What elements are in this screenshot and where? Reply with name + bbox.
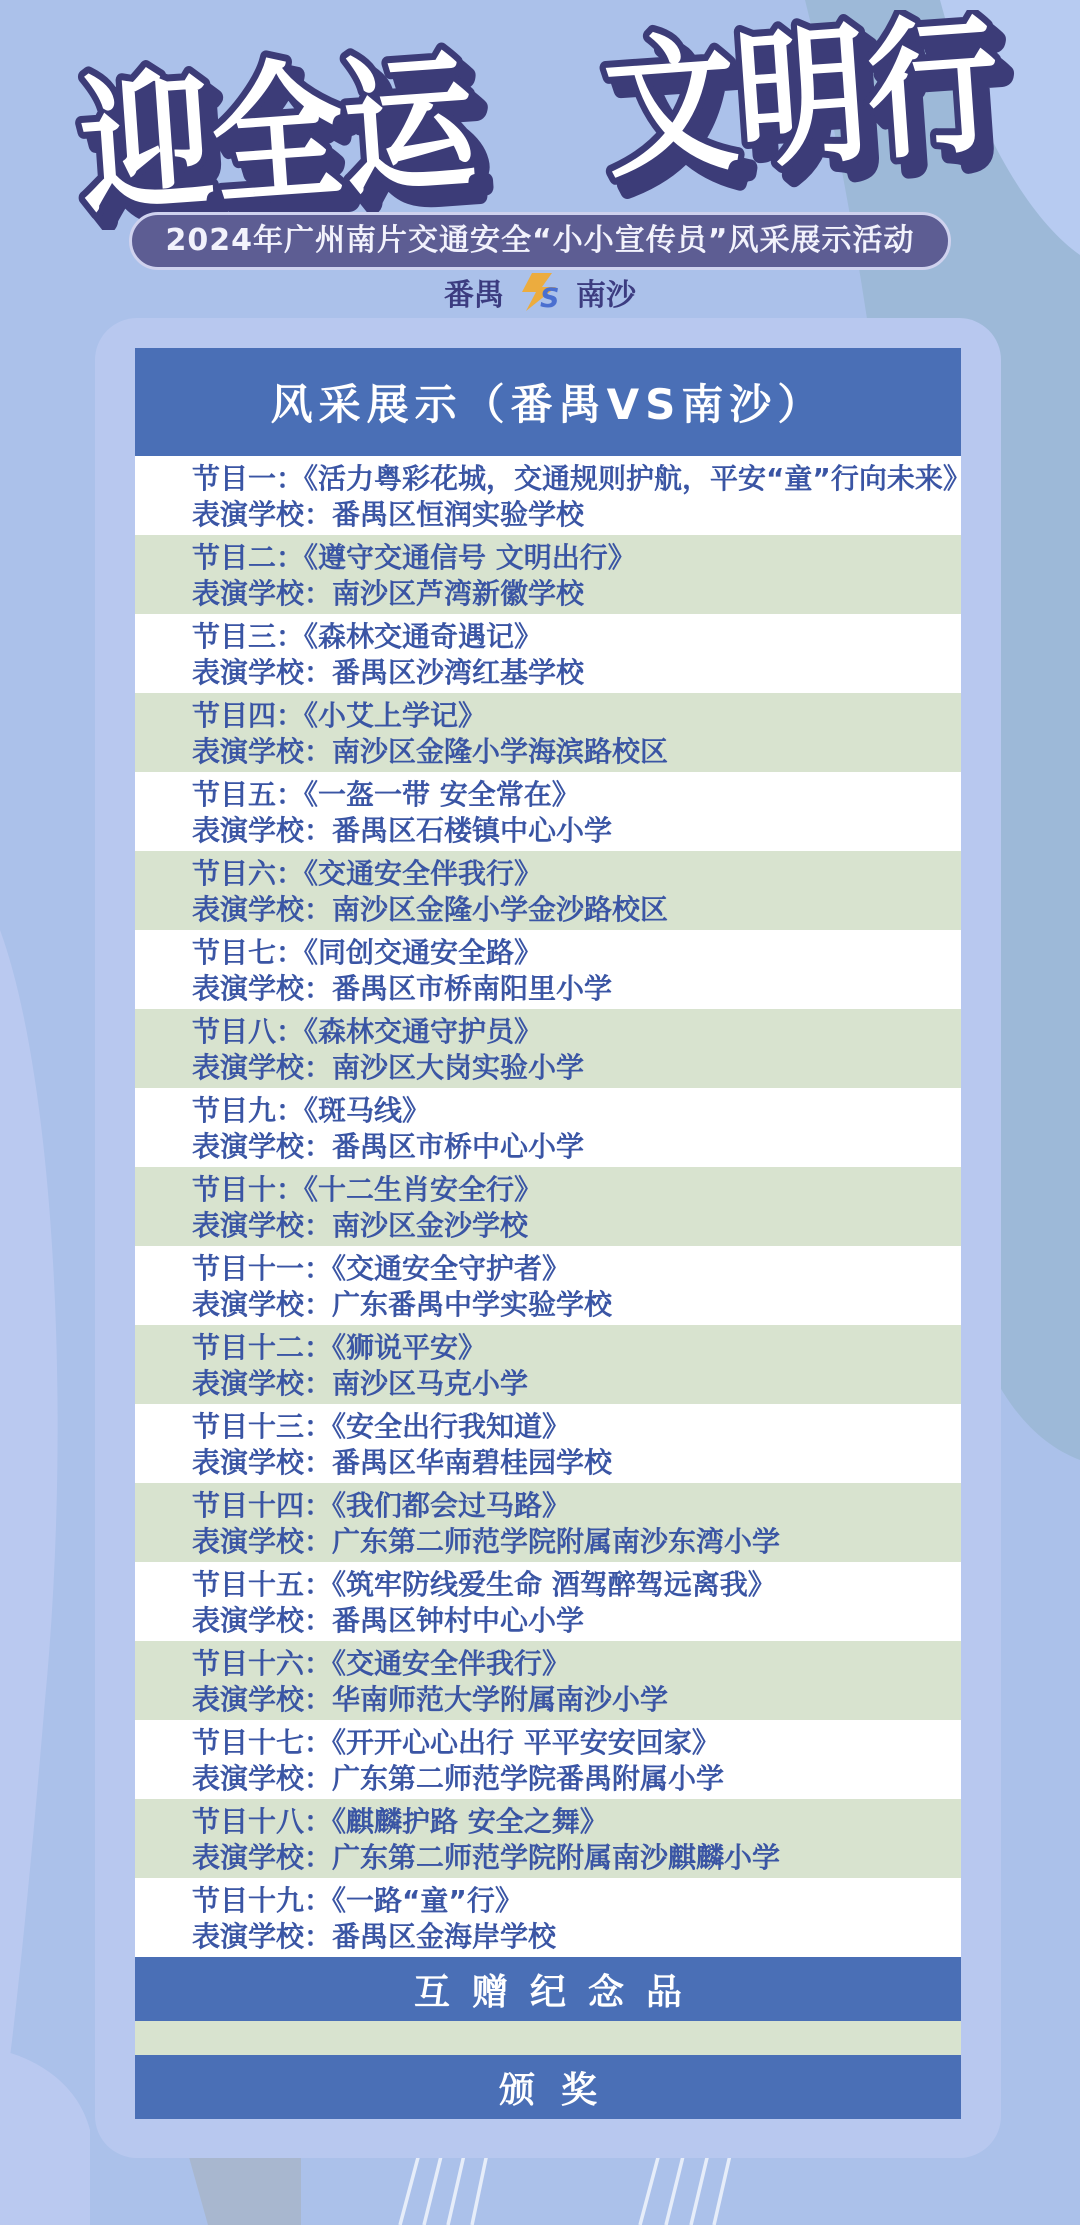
school-name: 番禺区钟村中心小学 [332, 1604, 584, 1637]
program-title: 《我们都会过马路》 [332, 1489, 570, 1522]
program-row: 节目九：《斑马线》 表演学校：番禺区市桥中心小学 [135, 1088, 961, 1167]
program-title-line: 节目十二：《狮说平安》 [192, 1330, 941, 1366]
program-title: 《森林交通守护员》 [304, 1015, 542, 1048]
divider-band [135, 2021, 961, 2055]
souvenir-exchange-bar: 互赠纪念品 [135, 1957, 961, 2021]
program-row: 节目八：《森林交通守护员》 表演学校：南沙区大岗实验小学 [135, 1009, 961, 1088]
program-row: 节目六：《交通安全伴我行》 表演学校：南沙区金隆小学金沙路校区 [135, 851, 961, 930]
school-name: 广东第二师范学院附属南沙麒麟小学 [332, 1841, 780, 1874]
program-row: 节目十二：《狮说平安》 表演学校：南沙区马克小学 [135, 1325, 961, 1404]
school-label: 表演学校： [192, 1604, 332, 1637]
program-title: 《麒麟护路 安全之舞》 [332, 1805, 608, 1838]
program-school-line: 表演学校：南沙区金沙学校 [192, 1208, 941, 1244]
program-title-line: 节目七：《同创交通安全路》 [192, 935, 941, 971]
school-label: 表演学校： [192, 814, 332, 847]
program-title: 《遵守交通信号 文明出行》 [304, 541, 636, 574]
program-school-line: 表演学校：广东第二师范学院附属南沙麒麟小学 [192, 1840, 941, 1876]
school-name: 南沙区金隆小学金沙路校区 [332, 893, 668, 926]
program-title: 《交通安全伴我行》 [304, 857, 542, 890]
program-row: 节目十九：《一路“童”行》 表演学校：番禺区金海岸学校 [135, 1878, 961, 1957]
program-number-label: 节目十九： [192, 1884, 332, 1917]
program-number-label: 节目九： [192, 1094, 304, 1127]
program-title-line: 节目十三：《安全出行我知道》 [192, 1409, 941, 1445]
school-name: 番禺区金海岸学校 [332, 1920, 556, 1953]
program-list: 节目一：《活力粤彩花城，交通规则护航，平安“童”行向未来》 表演学校：番禺区恒润… [135, 456, 961, 1957]
vs-lightning-icon: S [516, 272, 564, 312]
program-number-label: 节目八： [192, 1015, 304, 1048]
school-label: 表演学校： [192, 1209, 332, 1242]
school-label: 表演学校： [192, 1367, 332, 1400]
program-row: 节目十七：《开开心心出行 平平安安回家》 表演学校：广东第二师范学院番禺附属小学 [135, 1720, 961, 1799]
school-label: 表演学校： [192, 498, 332, 531]
school-name: 广东第二师范学院番禺附属小学 [332, 1762, 724, 1795]
subtitle-text: 2024年广州南片交通安全“小小宣传员”风采展示活动 [129, 212, 952, 270]
school-label: 表演学校： [192, 1525, 332, 1558]
program-row: 节目十六：《交通安全伴我行》 表演学校：华南师范大学附属南沙小学 [135, 1641, 961, 1720]
school-name: 番禺区石楼镇中心小学 [332, 814, 612, 847]
program-number-label: 节目十八： [192, 1805, 332, 1838]
program-number-label: 节目四： [192, 699, 304, 732]
program-school-line: 表演学校：番禺区金海岸学校 [192, 1919, 941, 1955]
program-title: 《交通安全伴我行》 [332, 1647, 570, 1680]
program-title-line: 节目一：《活力粤彩花城，交通规则护航，平安“童”行向未来》 [192, 461, 941, 497]
school-label: 表演学校： [192, 1683, 332, 1716]
school-label: 表演学校： [192, 1841, 332, 1874]
program-row: 节目三：《森林交通奇遇记》 表演学校：番禺区沙湾红基学校 [135, 614, 961, 693]
program-row: 节目二：《遵守交通信号 文明出行》 表演学校：南沙区芦湾新徽学校 [135, 535, 961, 614]
school-name: 番禺区市桥南阳里小学 [332, 972, 612, 1005]
program-school-line: 表演学校：南沙区马克小学 [192, 1366, 941, 1402]
program-title: 《斑马线》 [304, 1094, 430, 1127]
program-row: 节目十四：《我们都会过马路》 表演学校：广东第二师范学院附属南沙东湾小学 [135, 1483, 961, 1562]
program-board-card: 风采展示（番禺VS南沙） 节目一：《活力粤彩花城，交通规则护航，平安“童”行向未… [95, 318, 1001, 2158]
program-school-line: 表演学校：广东第二师范学院番禺附属小学 [192, 1761, 941, 1797]
school-name: 南沙区金沙学校 [332, 1209, 528, 1242]
program-row: 节目十三：《安全出行我知道》 表演学校：番禺区华南碧桂园学校 [135, 1404, 961, 1483]
school-label: 表演学校： [192, 1051, 332, 1084]
program-title: 《狮说平安》 [332, 1331, 486, 1364]
board-header: 风采展示（番禺VS南沙） [135, 348, 961, 456]
school-name: 番禺区市桥中心小学 [332, 1130, 584, 1163]
program-row: 节目五：《一盔一带 安全常在》 表演学校：番禺区石楼镇中心小学 [135, 772, 961, 851]
program-title: 《森林交通奇遇记》 [304, 620, 542, 653]
program-number-label: 节目一： [192, 462, 304, 495]
program-number-label: 节目十二： [192, 1331, 332, 1364]
school-name: 华南师范大学附属南沙小学 [332, 1683, 668, 1716]
school-name: 南沙区大岗实验小学 [332, 1051, 584, 1084]
program-title: 《一盔一带 安全常在》 [304, 778, 580, 811]
program-title: 《开开心心出行 平平安安回家》 [332, 1726, 720, 1759]
program-school-line: 表演学校：番禺区市桥中心小学 [192, 1129, 941, 1165]
program-school-line: 表演学校：番禺区钟村中心小学 [192, 1603, 941, 1639]
program-board: 风采展示（番禺VS南沙） 节目一：《活力粤彩花城，交通规则护航，平安“童”行向未… [135, 348, 961, 2119]
school-label: 表演学校： [192, 1288, 332, 1321]
program-title-line: 节目十八：《麒麟护路 安全之舞》 [192, 1804, 941, 1840]
program-school-line: 表演学校：广东第二师范学院附属南沙东湾小学 [192, 1524, 941, 1560]
program-row: 节目四：《小艾上学记》 表演学校：南沙区金隆小学海滨路校区 [135, 693, 961, 772]
school-name: 番禺区沙湾红基学校 [332, 656, 584, 689]
program-title-line: 节目十六：《交通安全伴我行》 [192, 1646, 941, 1682]
program-title-line: 节目三：《森林交通奇遇记》 [192, 619, 941, 655]
school-name: 广东第二师范学院附属南沙东湾小学 [332, 1525, 780, 1558]
school-label: 表演学校： [192, 1130, 332, 1163]
left-light-band-shape [0, 930, 58, 2130]
program-title-line: 节目十四：《我们都会过马路》 [192, 1488, 941, 1524]
program-number-label: 节目十： [192, 1173, 304, 1206]
program-school-line: 表演学校：南沙区芦湾新徽学校 [192, 576, 941, 612]
program-number-label: 节目七： [192, 936, 304, 969]
program-number-label: 节目十五： [192, 1568, 332, 1601]
school-name: 南沙区金隆小学海滨路校区 [332, 735, 668, 768]
program-school-line: 表演学校：番禺区石楼镇中心小学 [192, 813, 941, 849]
school-label: 表演学校： [192, 735, 332, 768]
program-title-line: 节目八：《森林交通守护员》 [192, 1014, 941, 1050]
program-number-label: 节目三： [192, 620, 304, 653]
program-school-line: 表演学校：番禺区沙湾红基学校 [192, 655, 941, 691]
school-label: 表演学校： [192, 1762, 332, 1795]
versus-left-label: 番禺 [444, 270, 504, 314]
program-number-label: 节目二： [192, 541, 304, 574]
program-school-line: 表演学校：广东番禺中学实验学校 [192, 1287, 941, 1323]
school-label: 表演学校： [192, 893, 332, 926]
versus-right-label: 南沙 [576, 270, 636, 314]
program-row: 节目七：《同创交通安全路》 表演学校：番禺区市桥南阳里小学 [135, 930, 961, 1009]
program-title: 《交通安全守护者》 [332, 1252, 570, 1285]
school-name: 番禺区恒润实验学校 [332, 498, 584, 531]
school-label: 表演学校： [192, 656, 332, 689]
program-title: 《活力粤彩花城，交通规则护航，平安“童”行向未来》 [304, 462, 971, 495]
bottom-left-light-corner-shape [0, 2050, 90, 2225]
program-title-line: 节目六：《交通安全伴我行》 [192, 856, 941, 892]
program-title-line: 节目十七：《开开心心出行 平平安安回家》 [192, 1725, 941, 1761]
school-label: 表演学校： [192, 972, 332, 1005]
school-name: 广东番禺中学实验学校 [332, 1288, 612, 1321]
program-title-line: 节目九：《斑马线》 [192, 1093, 941, 1129]
poster-title: 迎全运 文明行 迎全运 文明行 [40, 10, 1040, 230]
program-number-label: 节目十四： [192, 1489, 332, 1522]
program-number-label: 节目十一： [192, 1252, 332, 1285]
program-row: 节目十一：《交通安全守护者》 表演学校：广东番禺中学实验学校 [135, 1246, 961, 1325]
program-title-line: 节目四：《小艾上学记》 [192, 698, 941, 734]
program-row: 节目一：《活力粤彩花城，交通规则护航，平安“童”行向未来》 表演学校：番禺区恒润… [135, 456, 961, 535]
program-title-line: 节目十：《十二生肖安全行》 [192, 1172, 941, 1208]
program-title: 《十二生肖安全行》 [304, 1173, 542, 1206]
program-title-line: 节目十五：《筑牢防线爱生命 酒驾醉驾远离我》 [192, 1567, 941, 1603]
program-title-line: 节目五：《一盔一带 安全常在》 [192, 777, 941, 813]
program-title-line: 节目十一：《交通安全守护者》 [192, 1251, 941, 1287]
program-title: 《小艾上学记》 [304, 699, 486, 732]
program-title-line: 节目二：《遵守交通信号 文明出行》 [192, 540, 941, 576]
program-school-line: 表演学校：番禺区华南碧桂园学校 [192, 1445, 941, 1481]
svg-text:S: S [540, 283, 559, 312]
subtitle-banner: 2024年广州南片交通安全“小小宣传员”风采展示活动 [0, 212, 1080, 270]
school-label: 表演学校： [192, 1920, 332, 1953]
program-title: 《安全出行我知道》 [332, 1410, 570, 1443]
program-row: 节目十八：《麒麟护路 安全之舞》 表演学校：广东第二师范学院附属南沙麒麟小学 [135, 1799, 961, 1878]
school-label: 表演学校： [192, 577, 332, 610]
program-number-label: 节目六： [192, 857, 304, 890]
poster-page: 迎全运 文明行 迎全运 文明行 2024年广州南片交通安全“小小宣传员”风采展示… [0, 0, 1080, 2225]
program-number-label: 节目十七： [192, 1726, 332, 1759]
poster-title-text: 迎全运 文明行 [75, 10, 1005, 230]
award-ceremony-bar: 颁奖 [135, 2055, 961, 2119]
school-name: 南沙区芦湾新徽学校 [332, 577, 584, 610]
program-number-label: 节目十六： [192, 1647, 332, 1680]
program-row: 节目十五：《筑牢防线爱生命 酒驾醉驾远离我》 表演学校：番禺区钟村中心小学 [135, 1562, 961, 1641]
school-name: 番禺区华南碧桂园学校 [332, 1446, 612, 1479]
bottom-column-shape [187, 2150, 301, 2225]
school-label: 表演学校： [192, 1446, 332, 1479]
school-name: 南沙区马克小学 [332, 1367, 528, 1400]
program-title-line: 节目十九：《一路“童”行》 [192, 1883, 941, 1919]
program-title: 《一路“童”行》 [332, 1884, 523, 1917]
program-school-line: 表演学校：华南师范大学附属南沙小学 [192, 1682, 941, 1718]
program-school-line: 表演学校：南沙区大岗实验小学 [192, 1050, 941, 1086]
versus-row: 番禺 S 南沙 [0, 270, 1080, 314]
program-title: 《同创交通安全路》 [304, 936, 542, 969]
program-school-line: 表演学校：南沙区金隆小学海滨路校区 [192, 734, 941, 770]
program-school-line: 表演学校：南沙区金隆小学金沙路校区 [192, 892, 941, 928]
program-school-line: 表演学校：番禺区恒润实验学校 [192, 497, 941, 533]
program-number-label: 节目五： [192, 778, 304, 811]
program-school-line: 表演学校：番禺区市桥南阳里小学 [192, 971, 941, 1007]
program-number-label: 节目十三： [192, 1410, 332, 1443]
program-title: 《筑牢防线爱生命 酒驾醉驾远离我》 [332, 1568, 776, 1601]
program-row: 节目十：《十二生肖安全行》 表演学校：南沙区金沙学校 [135, 1167, 961, 1246]
